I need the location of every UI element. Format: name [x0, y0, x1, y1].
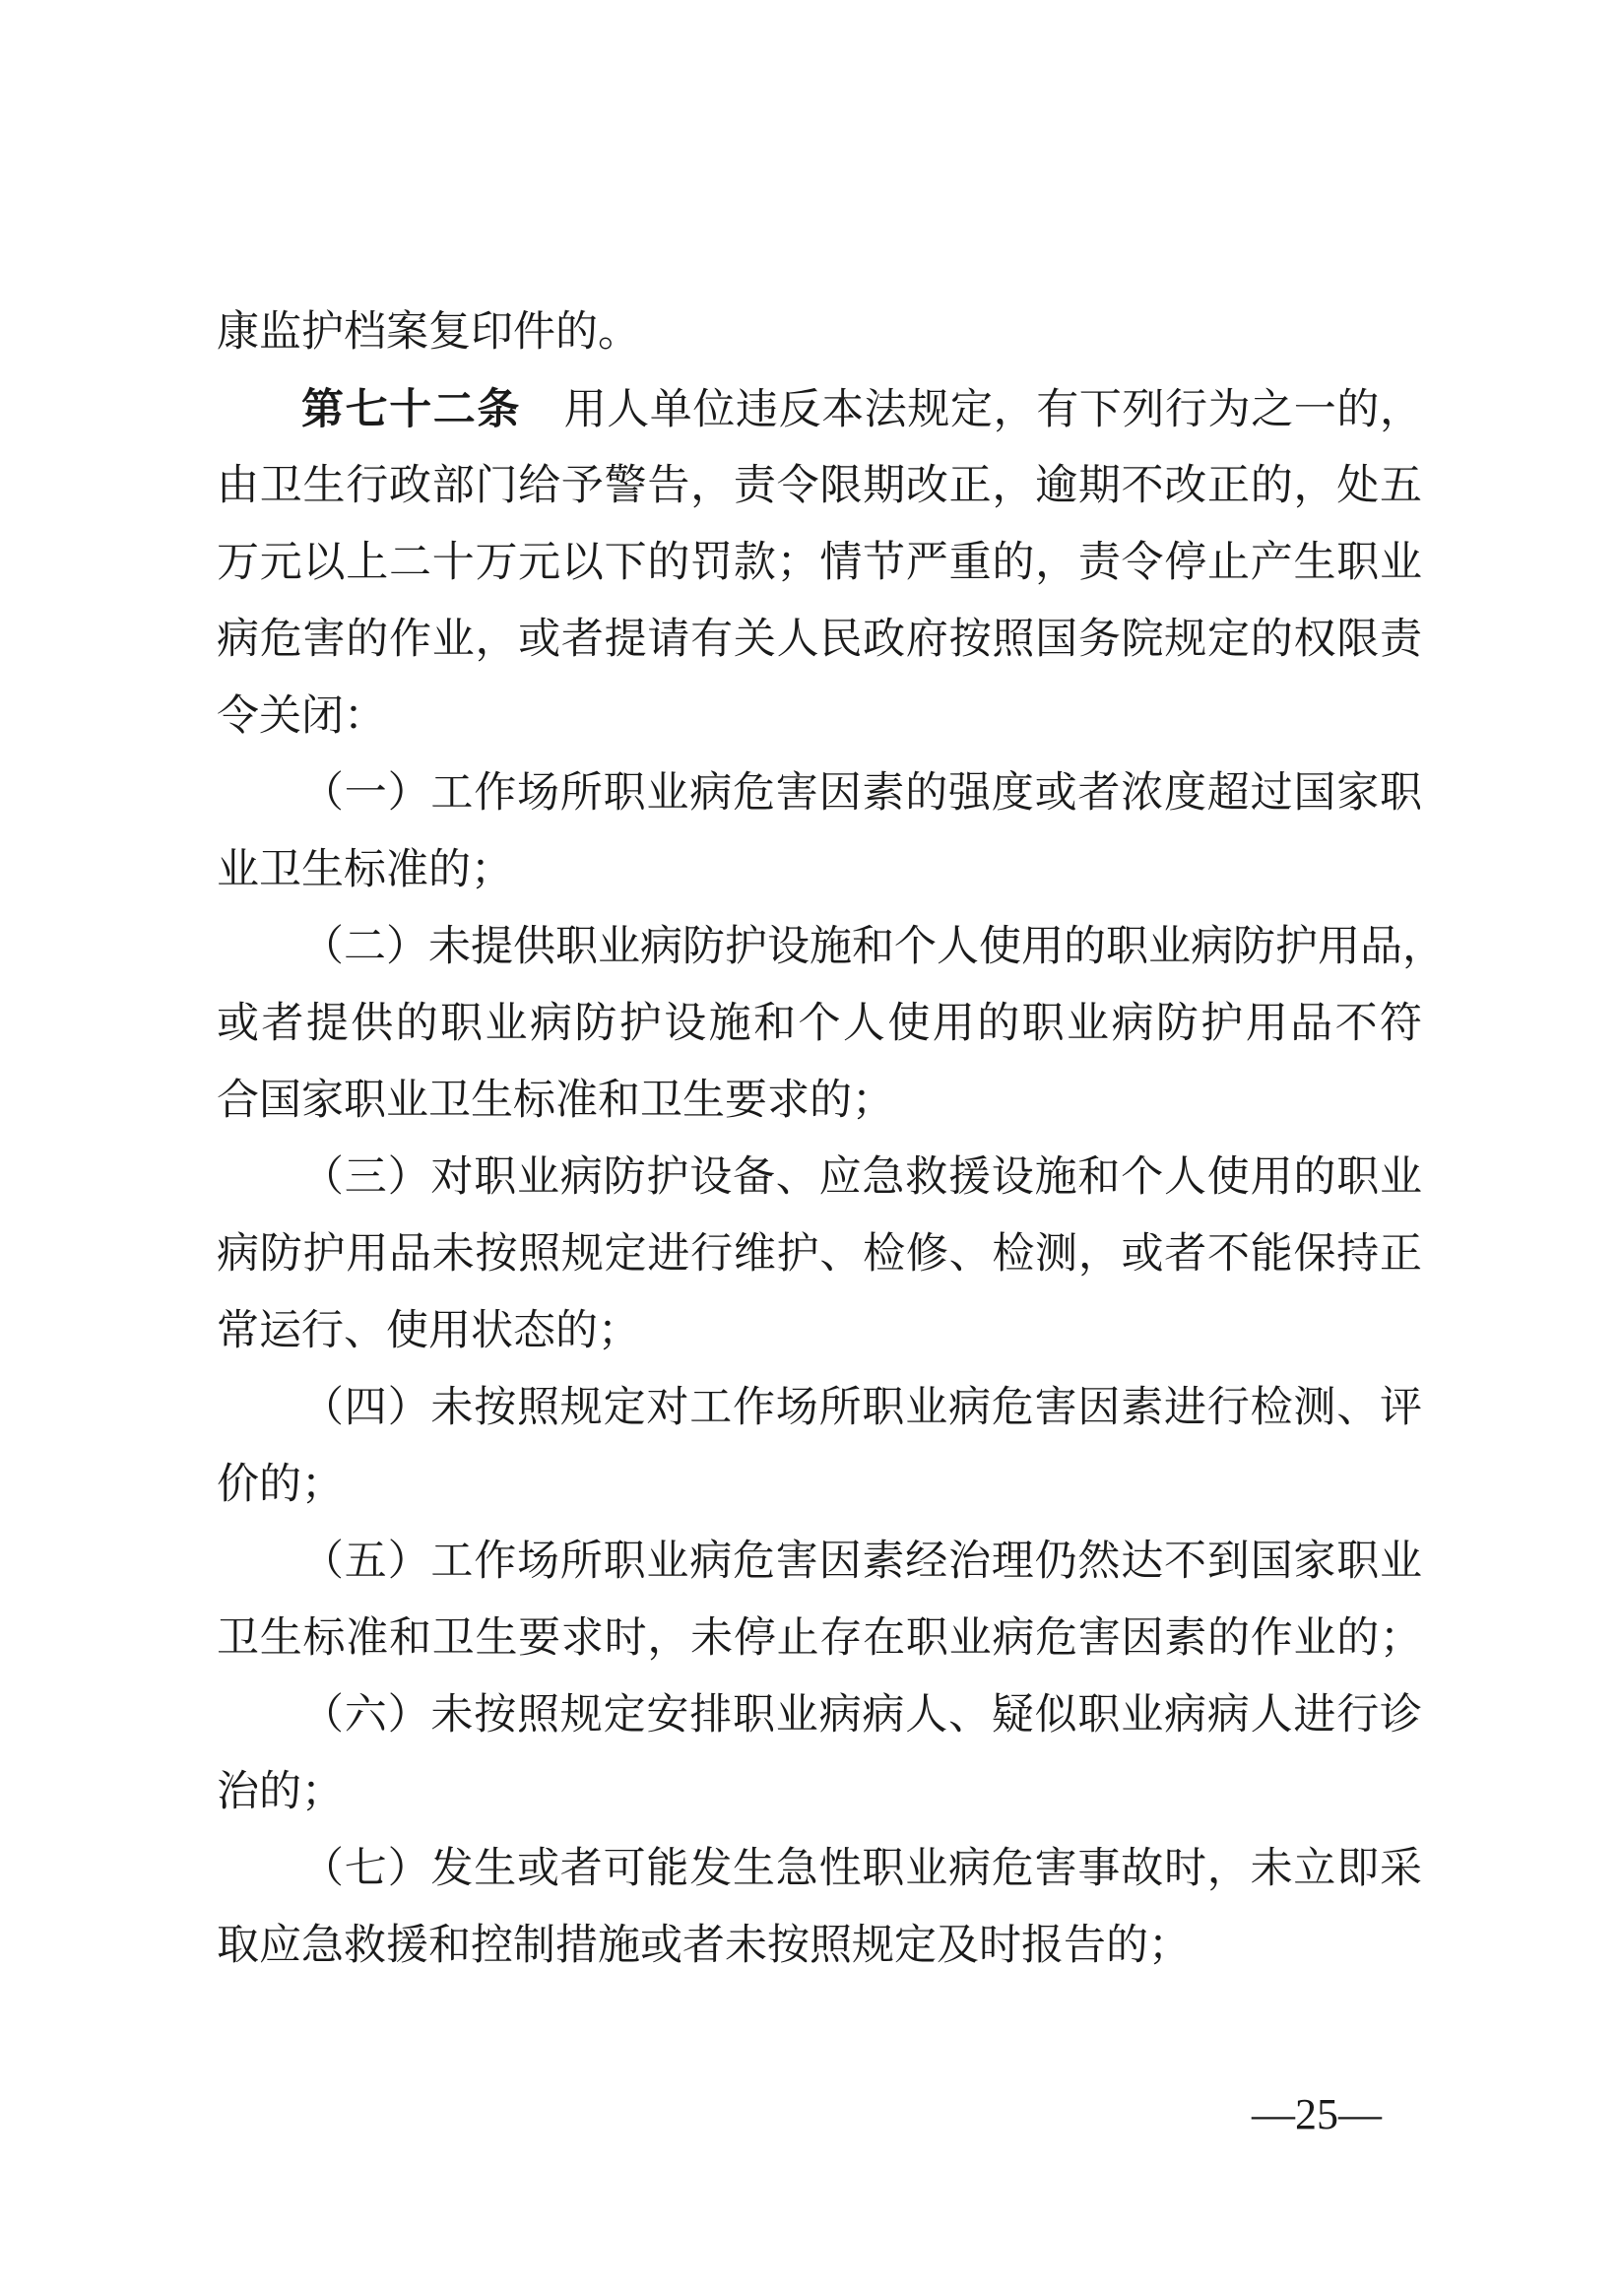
line-text: （六）未按照规定安排职业病病人、疑似职业病病人进行诊: [301, 1692, 1422, 1738]
document-body: 康监护档案复印件的。第七十二条 用人单位违反本法规定，有下列行为之一的，由卫生行…: [217, 295, 1422, 1985]
text-line: （七）发生或者可能发生急性职业病危害事故时，未立即采: [217, 1831, 1422, 1908]
text-line: 合国家职业卫生标准和卫生要求的；: [217, 1063, 1422, 1140]
line-text: （五）工作场所职业病危害因素经治理仍然达不到国家职业: [301, 1539, 1422, 1585]
line-text: （七）发生或者可能发生急性职业病危害事故时，未立即采: [301, 1846, 1422, 1892]
text-line: 治的；: [217, 1754, 1422, 1831]
text-line: 或者提供的职业病防护设施和个人使用的职业病防护用品不符: [217, 986, 1422, 1063]
page-number: —25—: [1252, 2090, 1382, 2138]
line-text: 卫生标准和卫生要求时，未停止存在职业病危害因素的作业的；: [217, 1615, 1422, 1662]
text-line: 业卫生标准的；: [217, 832, 1422, 909]
text-line: 第七十二条 用人单位违反本法规定，有下列行为之一的，: [217, 371, 1422, 448]
text-line: 常运行、使用状态的；: [217, 1293, 1422, 1370]
line-text: （二）未提供职业病防护设施和个人使用的职业病防护用品，: [301, 924, 1445, 970]
text-line: 取应急救援和控制措施或者未按照规定及时报告的；: [217, 1908, 1422, 1985]
line-text: （一）工作场所职业病危害因素的强度或者浓度超过国家职: [301, 770, 1422, 817]
line-text: 治的；: [217, 1769, 344, 1815]
text-line: 令关闭：: [217, 679, 1422, 755]
line-text: 或者提供的职业病防护设施和个人使用的职业病防护用品不符: [217, 1001, 1422, 1047]
line-text: 用人单位违反本法规定，有下列行为之一的，: [521, 387, 1422, 433]
line-text: 康监护档案复印件的。: [217, 309, 640, 356]
line-text: （三）对职业病防护设备、应急救援设施和个人使用的职业: [301, 1154, 1422, 1201]
text-line: 由卫生行政部门给予警告，责令限期改正，逾期不改正的，处五: [217, 448, 1422, 525]
line-text: 取应急救援和控制措施或者未按照规定及时报告的；: [217, 1923, 1191, 1969]
text-line: 康监护档案复印件的。: [217, 295, 1422, 371]
line-text: （四）未按照规定对工作场所职业病危害因素进行检测、评: [301, 1385, 1422, 1431]
article-number: 第七十二条: [301, 386, 521, 433]
text-line: （四）未按照规定对工作场所职业病危害因素进行检测、评: [217, 1370, 1422, 1447]
line-text: 万元以上二十万元以下的罚款；情节严重的，责令停止产生职业: [217, 540, 1422, 586]
text-line: （三）对职业病防护设备、应急救援设施和个人使用的职业: [217, 1140, 1422, 1216]
page-footer: —25—: [1252, 2090, 1382, 2139]
line-text: 病危害的作业，或者提请有关人民政府按照国务院规定的权限责: [217, 617, 1422, 663]
text-line: 病防护用品未按照规定进行维护、检修、检测，或者不能保持正: [217, 1216, 1422, 1293]
text-line: 万元以上二十万元以下的罚款；情节严重的，责令停止产生职业: [217, 525, 1422, 602]
text-line: （五）工作场所职业病危害因素经治理仍然达不到国家职业: [217, 1524, 1422, 1601]
text-line: （一）工作场所职业病危害因素的强度或者浓度超过国家职: [217, 755, 1422, 832]
text-line: （二）未提供职业病防护设施和个人使用的职业病防护用品，: [217, 909, 1422, 986]
line-text: 业卫生标准的；: [217, 847, 513, 893]
document-page: 康监护档案复印件的。第七十二条 用人单位违反本法规定，有下列行为之一的，由卫生行…: [0, 0, 1621, 2296]
text-line: 病危害的作业，或者提请有关人民政府按照国务院规定的权限责: [217, 602, 1422, 679]
line-text: 由卫生行政部门给予警告，责令限期改正，逾期不改正的，处五: [217, 463, 1422, 509]
line-text: 常运行、使用状态的；: [217, 1308, 640, 1354]
line-text: 价的；: [217, 1462, 344, 1508]
text-line: （六）未按照规定安排职业病病人、疑似职业病病人进行诊: [217, 1677, 1422, 1754]
line-text: 病防护用品未按照规定进行维护、检修、检测，或者不能保持正: [217, 1231, 1422, 1278]
text-line: 价的；: [217, 1447, 1422, 1524]
text-line: 卫生标准和卫生要求时，未停止存在职业病危害因素的作业的；: [217, 1601, 1422, 1677]
line-text: 合国家职业卫生标准和卫生要求的；: [217, 1078, 894, 1124]
line-text: 令关闭：: [217, 693, 386, 740]
